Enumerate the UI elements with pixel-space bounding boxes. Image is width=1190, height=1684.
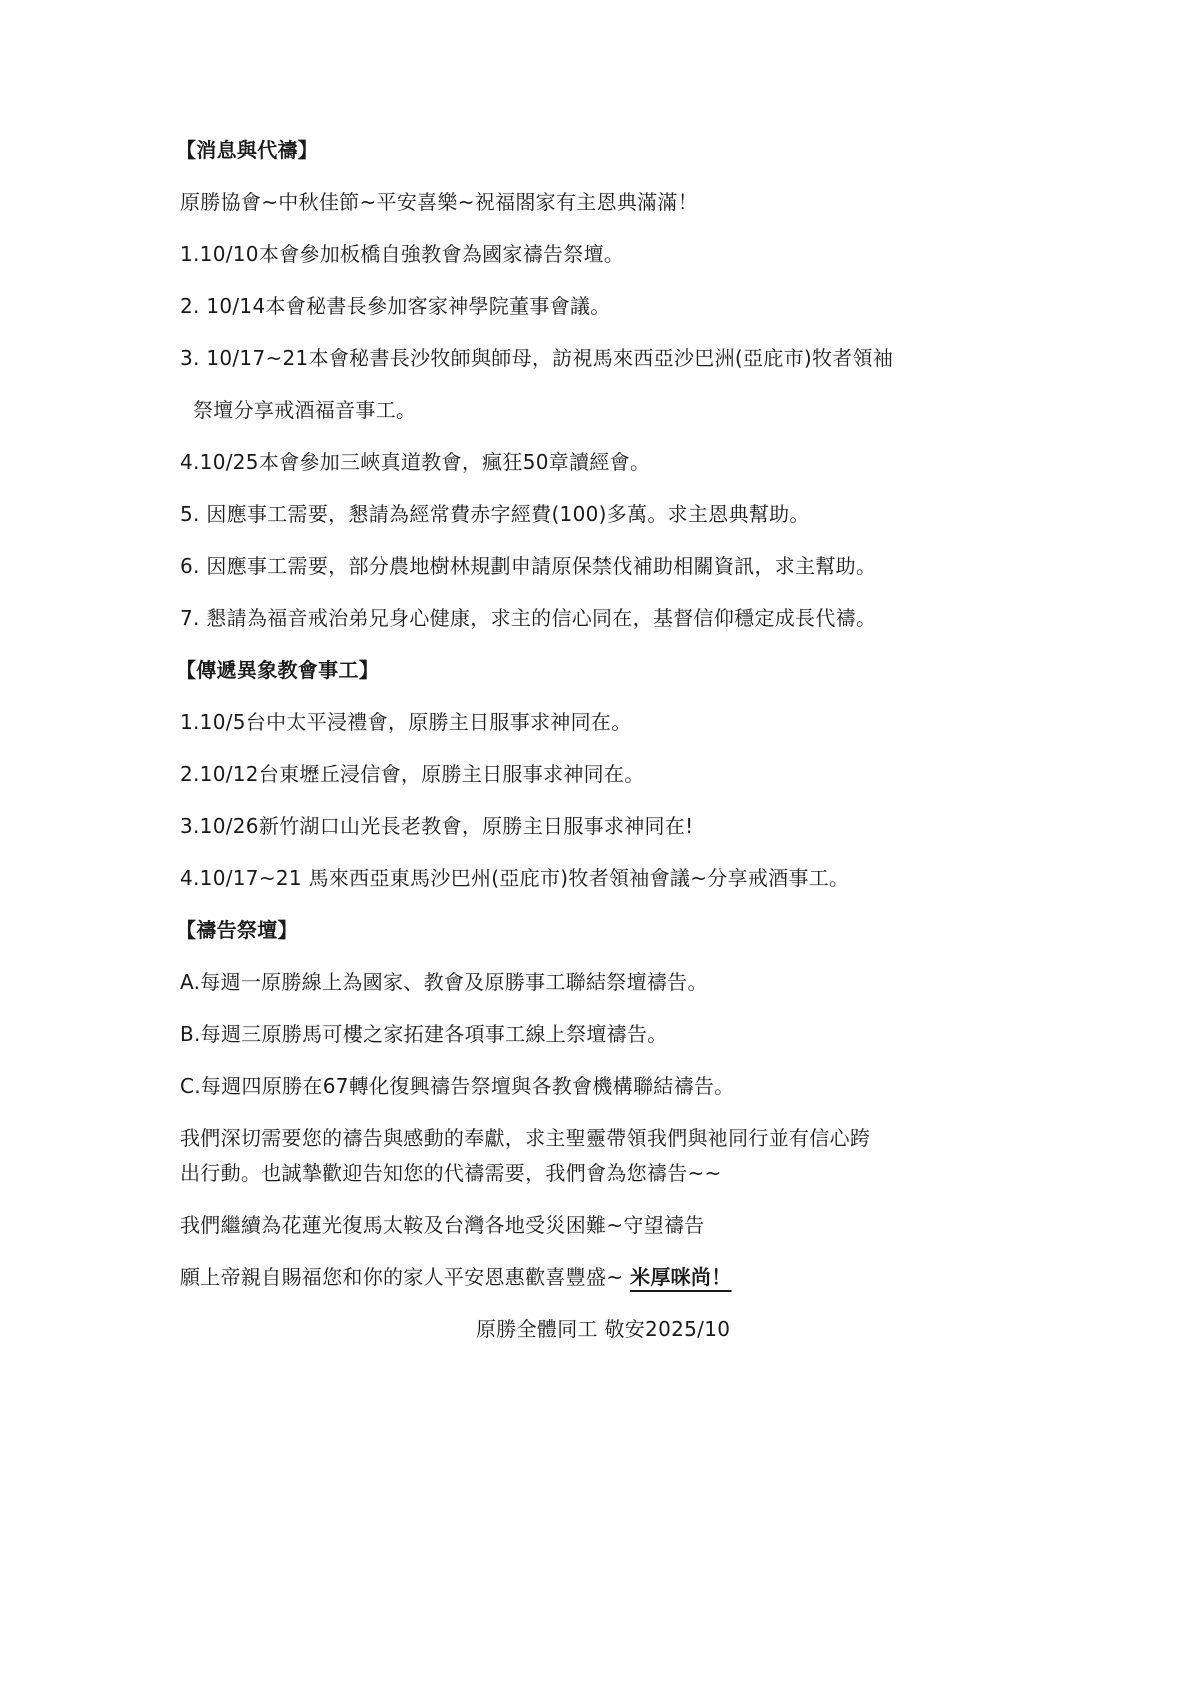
news-item-2: 2. 10/14本會秘書長參加客家神學院董事會議。 [180, 293, 611, 319]
prayer-item-b: B.每週三原勝馬可樓之家拓建各項事工線上祭壇禱告。 [180, 1021, 668, 1047]
vision-item-4: 4.10/17~21 馬來西亞東馬沙巴州(亞庇市)牧者領袖會議~分享戒酒事工。 [180, 865, 849, 891]
vision-item-2: 2.10/12台東壢丘浸信會，原勝主日服事求神同在。 [180, 761, 645, 787]
news-item-4: 4.10/25本會參加三峽真道教會，瘋狂50章讀經會。 [180, 449, 650, 475]
closing-paragraph-line-2: 出行動。也誠摯歡迎告知您的代禱需要，我們會為您禱告~~ [180, 1160, 722, 1186]
vision-item-3: 3.10/26新竹湖口山光長老教會，原勝主日服事求神同在! [180, 813, 693, 839]
section-heading-vision: 【傳遞異象教會事工】 [176, 657, 379, 683]
blessing-emphasis: 米厚咪尚！ [630, 1265, 732, 1289]
vision-item-1: 1.10/5台中太平浸禮會，原勝主日服事求神同在。 [180, 709, 632, 735]
news-item-1: 1.10/10本會參加板橋自強教會為國家禱告祭壇。 [180, 241, 624, 267]
document-page: 【消息與代禱】 原勝協會~中秋佳節~平安喜樂~祝福閤家有主恩典滿滿！ 1.10/… [0, 0, 1190, 1684]
news-item-3: 3. 10/17~21本會秘書長沙牧師與師母，訪視馬來西亞沙巴洲(亞庇市)牧者領… [180, 345, 893, 371]
section-heading-prayer: 【禱告祭壇】 [176, 917, 298, 943]
news-item-7: 7. 懇請為福音戒治弟兄身心健康，求主的信心同在，基督信仰穩定成長代禱。 [180, 605, 876, 631]
section-heading-news: 【消息與代禱】 [176, 137, 318, 163]
news-item-6: 6. 因應事工需要，部分農地樹林規劃申請原保禁伐補助相關資訊，求主幫助。 [180, 553, 876, 579]
prayer-item-c: C.每週四原勝在67轉化復興禱告祭壇與各教會機構聯結禱告。 [180, 1073, 734, 1099]
closing-blessing: 願上帝親自賜福您和你的家人平安恩惠歡喜豐盛~ 米厚咪尚！ [180, 1264, 732, 1290]
greeting-text: 原勝協會~中秋佳節~平安喜樂~祝福閤家有主恩典滿滿！ [180, 189, 698, 215]
signoff: 原勝全體同工 敬安2025/10 [476, 1316, 730, 1342]
prayer-item-a: A.每週一原勝線上為國家、教會及原勝事工聯結祭壇禱告。 [180, 969, 708, 995]
closing-paragraph-line-1: 我們深切需要您的禱告與感動的奉獻，求主聖靈帶領我們與祂同行並有信心跨 [180, 1125, 870, 1151]
closing-paragraph-2: 我們繼續為花蓮光復馬太鞍及台灣各地受災困難~守望禱告 [180, 1212, 705, 1238]
news-item-5: 5. 因應事工需要，懇請為經常費赤字經費(100)多萬。求主恩典幫助。 [180, 501, 810, 527]
news-item-3-continued: 祭壇分享戒酒福音事工。 [193, 397, 416, 423]
blessing-text: 願上帝親自賜福您和你的家人平安恩惠歡喜豐盛~ [180, 1265, 630, 1289]
